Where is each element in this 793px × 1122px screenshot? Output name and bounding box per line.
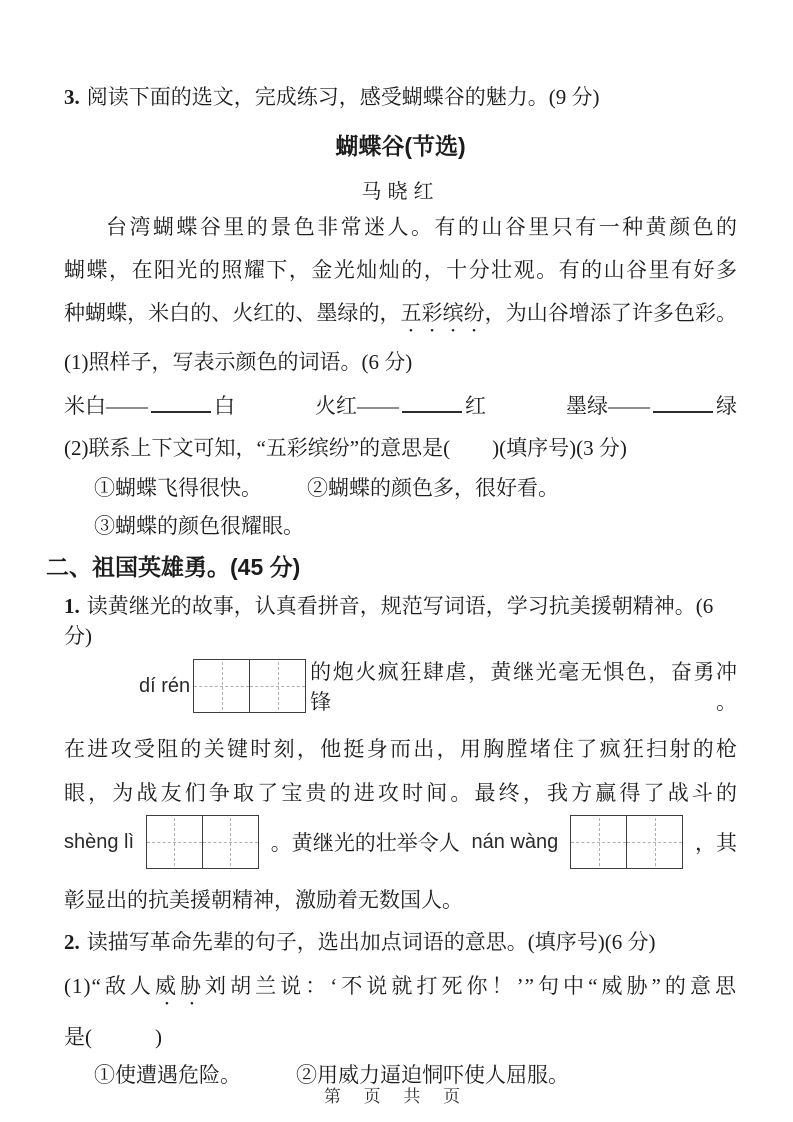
pinyin-sheng-li: shèng lì — [64, 831, 134, 854]
option-3: ③蝴蝶的颜色很耀眼。 — [94, 514, 304, 538]
writing-box-di-ren[interactable] — [193, 659, 306, 713]
passage-author: 马晓红 — [64, 178, 737, 206]
question-1-number: 1. — [64, 594, 80, 618]
question-2-1-sentence: (1)“敌人威胁刘胡兰说：‘不说就打死你！’”句中“威胁”的意思 — [64, 971, 737, 1010]
question-2-1-answer-line: 是( ) — [64, 1022, 737, 1052]
page-footer: 第 页 共 页 — [0, 1082, 793, 1107]
paragraph-line-3: 眼，为战友们争取了宝贵的进攻时间。最终，我方赢得了战斗的 — [64, 778, 737, 808]
line-1-text: 的炮火疯狂肆虐，黄继光毫无惧色，奋勇冲锋。 — [310, 656, 737, 716]
line-4-mid-text: 。黄继光的壮举令人 — [271, 827, 460, 857]
emphasized-word-wucaibinfen: 五彩缤纷 — [401, 301, 485, 325]
passage-line-2: 蝴蝶，在阳光的照耀下，金光灿灿的，十分壮观。有的山谷里有好多 — [64, 255, 737, 285]
writing-cell[interactable] — [147, 816, 202, 868]
pinyin-line-1: dí rén 的炮火疯狂肆虐，黄继光毫无惧色，奋勇冲锋。 — [64, 656, 737, 716]
color-word-fill-row: 米白——白 火红——红 墨绿——绿 — [64, 387, 737, 423]
paragraph-line-2: 在进攻受阻的关键时刻，他挺身而出，用胸膛堵住了疯狂扫射的枪 — [64, 734, 737, 764]
writing-cell[interactable] — [249, 660, 305, 712]
answer-blank-3[interactable] — [653, 387, 713, 413]
question-2-number: 2. — [64, 930, 80, 954]
emphasized-word-weixie: 威胁 — [155, 974, 205, 998]
writing-cell[interactable] — [571, 816, 626, 868]
line-4-tail-text: ，其 — [695, 827, 737, 857]
answer-blank-2[interactable] — [402, 387, 462, 413]
question-3-2-label: (2)联系上下文可知，“五彩缤纷”的意思是( )(填序号)(3 分) — [64, 433, 737, 463]
worksheet-content: 3.阅读下面的选文，完成练习，感受蝴蝶谷的魅力。(9 分) 蝴蝶谷(节选) 马晓… — [0, 0, 793, 1090]
question-2-text: 读描写革命先辈的句子，选出加点词语的意思。(填序号)(6 分) — [87, 930, 656, 954]
color-word-fill-3: 墨绿——绿 — [566, 387, 737, 423]
passage-line-1: 台湾蝴蝶谷里的景色非常迷人。有的山谷里只有一种黄颜色的 — [64, 212, 737, 242]
question-3-2-options-row-1: ①蝴蝶飞得很快。 ②蝴蝶的颜色多，很好看。 — [64, 473, 737, 503]
fill-1-lead: 米白—— — [64, 394, 148, 418]
question-3-2-options-row-2: ③蝴蝶的颜色很耀眼。 — [64, 511, 737, 541]
fill-2-tail: 红 — [465, 394, 486, 418]
pinyin-di-ren: dí rén — [139, 675, 190, 698]
paragraph-line-5: 彰显出的抗美援朝精神，激励着无数国人。 — [64, 885, 737, 915]
question-2-prompt: 2.读描写革命先辈的句子，选出加点词语的意思。(填序号)(6 分) — [64, 927, 737, 957]
pinyin-nan-wang: nán wàng — [472, 831, 559, 854]
question-3-number: 3. — [64, 85, 80, 109]
worksheet-page: 3.阅读下面的选文，完成练习，感受蝴蝶谷的魅力。(9 分) 蝴蝶谷(节选) 马晓… — [0, 0, 793, 1122]
color-word-fill-1: 米白——白 — [64, 387, 235, 423]
question-1-text: 读黄继光的故事，认真看拼音，规范写词语，学习抗美援朝精神。(6 分) — [64, 594, 713, 648]
question-2-1-pre: (1)“敌人 — [64, 974, 155, 998]
color-word-fill-2: 火红——红 — [315, 387, 486, 423]
passage-line-3-pre: 种蝴蝶，米白的、火红的、墨绿的， — [64, 301, 401, 325]
pinyin-line-2: shèng lì 。黄继光的壮举令人 nán wàng ，其 — [64, 815, 737, 869]
fill-1-tail: 白 — [214, 394, 235, 418]
writing-cell[interactable] — [194, 660, 249, 712]
passage-title: 蝴蝶谷(节选) — [64, 130, 737, 162]
question-1-prompt: 1.读黄继光的故事，认真看拼音，规范写词语，学习抗美援朝精神。(6 分) — [64, 591, 737, 651]
question-3-prompt: 3.阅读下面的选文，完成练习，感受蝴蝶谷的魅力。(9 分) — [64, 82, 737, 112]
fill-2-lead: 火红—— — [315, 394, 399, 418]
question-3-1-label: (1)照样子，写表示颜色的词语。(6 分) — [64, 347, 737, 377]
fill-3-lead: 墨绿—— — [566, 394, 650, 418]
answer-blank-1[interactable] — [151, 387, 211, 413]
writing-box-sheng-li[interactable] — [146, 815, 259, 869]
option-1: ①蝴蝶飞得很快。 — [94, 473, 262, 503]
passage-line-3: 种蝴蝶，米白的、火红的、墨绿的，五彩缤纷，为山谷增添了许多色彩。 — [64, 298, 737, 337]
question-3-text: 阅读下面的选文，完成练习，感受蝴蝶谷的魅力。(9 分) — [87, 85, 600, 109]
writing-cell[interactable] — [202, 816, 258, 868]
section-2-heading: 二、祖国英雄勇。(45 分) — [46, 551, 737, 583]
passage-line-3-post: ，为山谷增添了许多色彩。 — [485, 301, 737, 325]
writing-cell[interactable] — [626, 816, 682, 868]
question-2-1-post: 刘胡兰说：‘不说就打死你！’”句中“威胁”的意思 — [205, 974, 737, 998]
option-2: ②蝴蝶的颜色多，很好看。 — [307, 473, 559, 503]
writing-box-nan-wang[interactable] — [570, 815, 683, 869]
fill-3-tail: 绿 — [716, 394, 737, 418]
